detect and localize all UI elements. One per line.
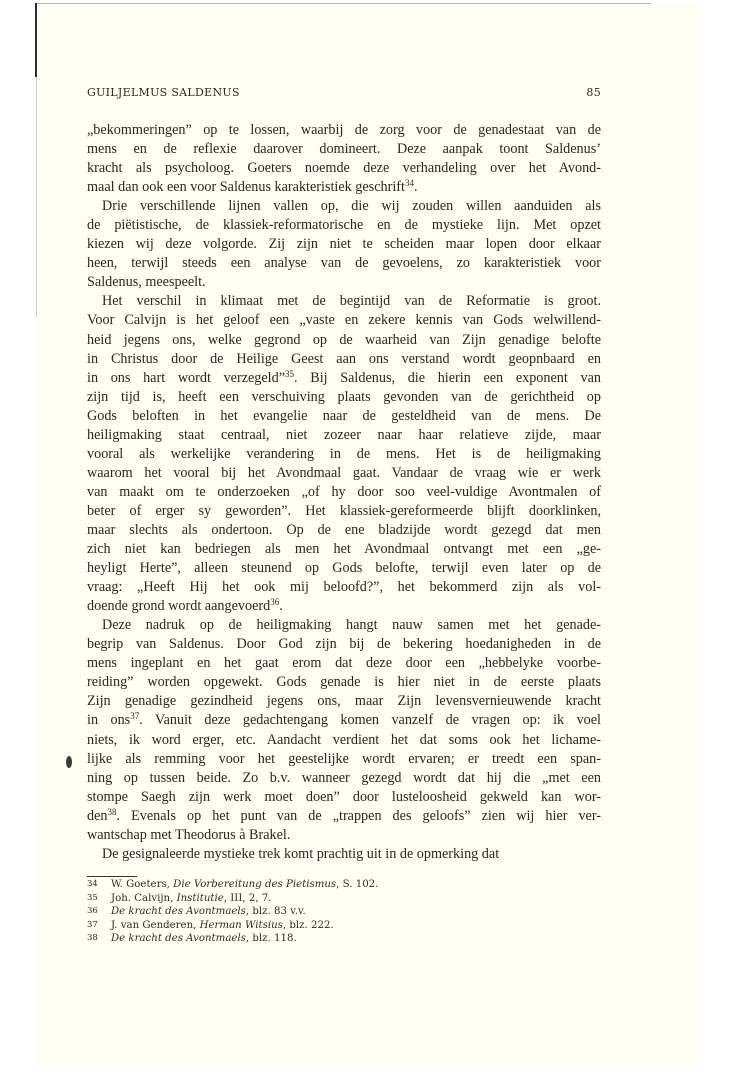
text-line: doende grond wordt aangevoerd36. bbox=[87, 597, 601, 616]
footnote-number: 34 bbox=[87, 878, 111, 892]
text-line: Het verschil in klimaat met de begintijd… bbox=[87, 292, 601, 311]
footnote-number: 36 bbox=[87, 905, 111, 919]
text-line: niets, ik word erger, etc. Aandacht verd… bbox=[87, 731, 601, 750]
paragraph: Drie verschillende lijnen vallen op, die… bbox=[87, 197, 601, 292]
text-line: maar slechts als ondertoon. Op de ene bl… bbox=[87, 521, 601, 540]
footnote-text: Joh. Calvijn, Institutie, III, 2, 7. bbox=[111, 892, 272, 906]
footnote-title: De kracht des Avontmaels bbox=[111, 933, 246, 944]
paragraph: De gesignaleerde mystieke trek komt prac… bbox=[87, 845, 601, 864]
footnote-text: De kracht des Avontmaels, blz. 118. bbox=[111, 932, 297, 946]
text-line: stompe Saegh zijn werk moet doen” door l… bbox=[87, 788, 601, 807]
footnote: 37J. van Genderen, Herman Witsius, blz. … bbox=[87, 919, 487, 933]
footnote-rule bbox=[87, 876, 137, 877]
text-line: Zijn genadige gezindheid jegens ons, maa… bbox=[87, 692, 601, 711]
text-line: begrip van Saldenus. Door God zijn bij d… bbox=[87, 635, 601, 654]
footnote-text: De kracht des Avontmaels, blz. 83 v.v. bbox=[111, 905, 306, 919]
text-line: Gods beloften in het evangelie naar de g… bbox=[87, 407, 601, 426]
footnote-title: Herman Witsius bbox=[200, 920, 283, 931]
text-line: wantschap met Theodorus à Brakel. bbox=[87, 826, 601, 845]
footnote: 36De kracht des Avontmaels, blz. 83 v.v. bbox=[87, 905, 487, 919]
page-top-edge bbox=[35, 3, 651, 4]
footnote-reference[interactable]: 34 bbox=[405, 178, 414, 188]
footnote-reference[interactable]: 37 bbox=[130, 711, 139, 721]
text-line: zijn tijd is, heeft een verschuiving pla… bbox=[87, 388, 601, 407]
text-line: „bekommeringen” op te lossen, waarbij de… bbox=[87, 121, 601, 140]
text-line: maal dan ook een voor Saldenus karakteri… bbox=[87, 178, 601, 197]
text-line: kracht als psycholoog. Goeters noemde de… bbox=[87, 159, 601, 178]
text-line: reiding” worden opgewekt. Gods genade is… bbox=[87, 673, 601, 692]
footnote-text: W. Goeters, Die Vorbereitung des Pietism… bbox=[111, 878, 378, 892]
text-line: mens en de reflexie daarover domineert. … bbox=[87, 140, 601, 159]
text-line: heen, terwijl steeds een analyse van de … bbox=[87, 254, 601, 273]
text-line: ning op tussen beide. Zo b.v. wanneer ge… bbox=[87, 769, 601, 788]
text-line: heid jegens ons, welke gegrond op de waa… bbox=[87, 331, 601, 350]
text-line: Deze nadruk op de heiligmaking hangt nau… bbox=[87, 616, 601, 635]
text-line: zich niet kan bedriegen als men het Avon… bbox=[87, 540, 601, 559]
paragraph: „bekommeringen” op te lossen, waarbij de… bbox=[87, 121, 601, 197]
text-line: van maakt om te onderzoeken „of hy door … bbox=[87, 483, 601, 502]
footnote-title: Institutie bbox=[177, 893, 224, 904]
footnote: 34W. Goeters, Die Vorbereitung des Pieti… bbox=[87, 878, 487, 892]
footnote-title: Die Vorbereitung des Pietismus bbox=[173, 879, 336, 890]
paragraph: Deze nadruk op de heiligmaking hangt nau… bbox=[87, 616, 601, 845]
text-line: in ons hart wordt verzegeld”35. Bij Sald… bbox=[87, 369, 601, 388]
text-line: vooral als werkelijke verandering in de … bbox=[87, 445, 601, 464]
footnote-text: J. van Genderen, Herman Witsius, blz. 22… bbox=[111, 919, 334, 933]
text-line: lijke als remming voor het geestelijke w… bbox=[87, 750, 601, 769]
text-line: heiligmaking staat centraal, niet zozeer… bbox=[87, 426, 601, 445]
footnote-reference[interactable]: 36 bbox=[270, 597, 279, 607]
footnote-number: 35 bbox=[87, 892, 111, 906]
footnote: 35Joh. Calvijn, Institutie, III, 2, 7. bbox=[87, 892, 487, 906]
footnote-reference[interactable]: 35 bbox=[285, 369, 294, 379]
page-left-edge bbox=[36, 77, 37, 317]
text-line: mens ingeplant en het gaat erom dat deze… bbox=[87, 654, 601, 673]
text-line: in ons37. Vanuit deze gedachtengang kome… bbox=[87, 711, 601, 730]
footnote-number: 37 bbox=[87, 919, 111, 933]
text-line: de piëtistische, de klassiek-reformatori… bbox=[87, 216, 601, 235]
body-text: „bekommeringen” op te lossen, waarbij de… bbox=[87, 121, 601, 864]
text-line: beter of erger sy geworden”. Het klassie… bbox=[87, 502, 601, 521]
scan-blot-mark bbox=[66, 756, 72, 768]
text-line: waarom het vooral bij het Avondmaal gaat… bbox=[87, 464, 601, 483]
text-line: Saldenus, meespeelt. bbox=[87, 273, 601, 292]
text-line: De gesignaleerde mystieke trek komt prac… bbox=[87, 845, 601, 864]
text-line: Drie verschillende lijnen vallen op, die… bbox=[87, 197, 601, 216]
running-head: GUILJELMUS SALDENUS 85 bbox=[87, 86, 601, 102]
paragraph: Het verschil in klimaat met de begintijd… bbox=[87, 292, 601, 616]
page-number: 85 bbox=[586, 86, 601, 99]
running-head-title: GUILJELMUS SALDENUS bbox=[87, 86, 240, 99]
footnote-reference[interactable]: 38 bbox=[108, 807, 117, 817]
text-line: Voor Calvijn is het geloof een „vaste en… bbox=[87, 311, 601, 330]
page-left-edge-shadow bbox=[35, 3, 37, 77]
footnotes: 34W. Goeters, Die Vorbereitung des Pieti… bbox=[87, 878, 487, 946]
footnote-title: De kracht des Avontmaels bbox=[111, 906, 246, 917]
text-line: heyligt Herte”, alleen steunend op Gods … bbox=[87, 559, 601, 578]
footnote: 38De kracht des Avontmaels, blz. 118. bbox=[87, 932, 487, 946]
text-line: kiezen wij deze volgorde. Zij zijn niet … bbox=[87, 235, 601, 254]
text-line: den38. Evenals op het punt van de „trapp… bbox=[87, 807, 601, 826]
text-line: in Christus door de Heilige Geest aan on… bbox=[87, 350, 601, 369]
text-line: vraag: „Heeft Hij het ook mij beloofd?”,… bbox=[87, 578, 601, 597]
footnote-number: 38 bbox=[87, 932, 111, 946]
